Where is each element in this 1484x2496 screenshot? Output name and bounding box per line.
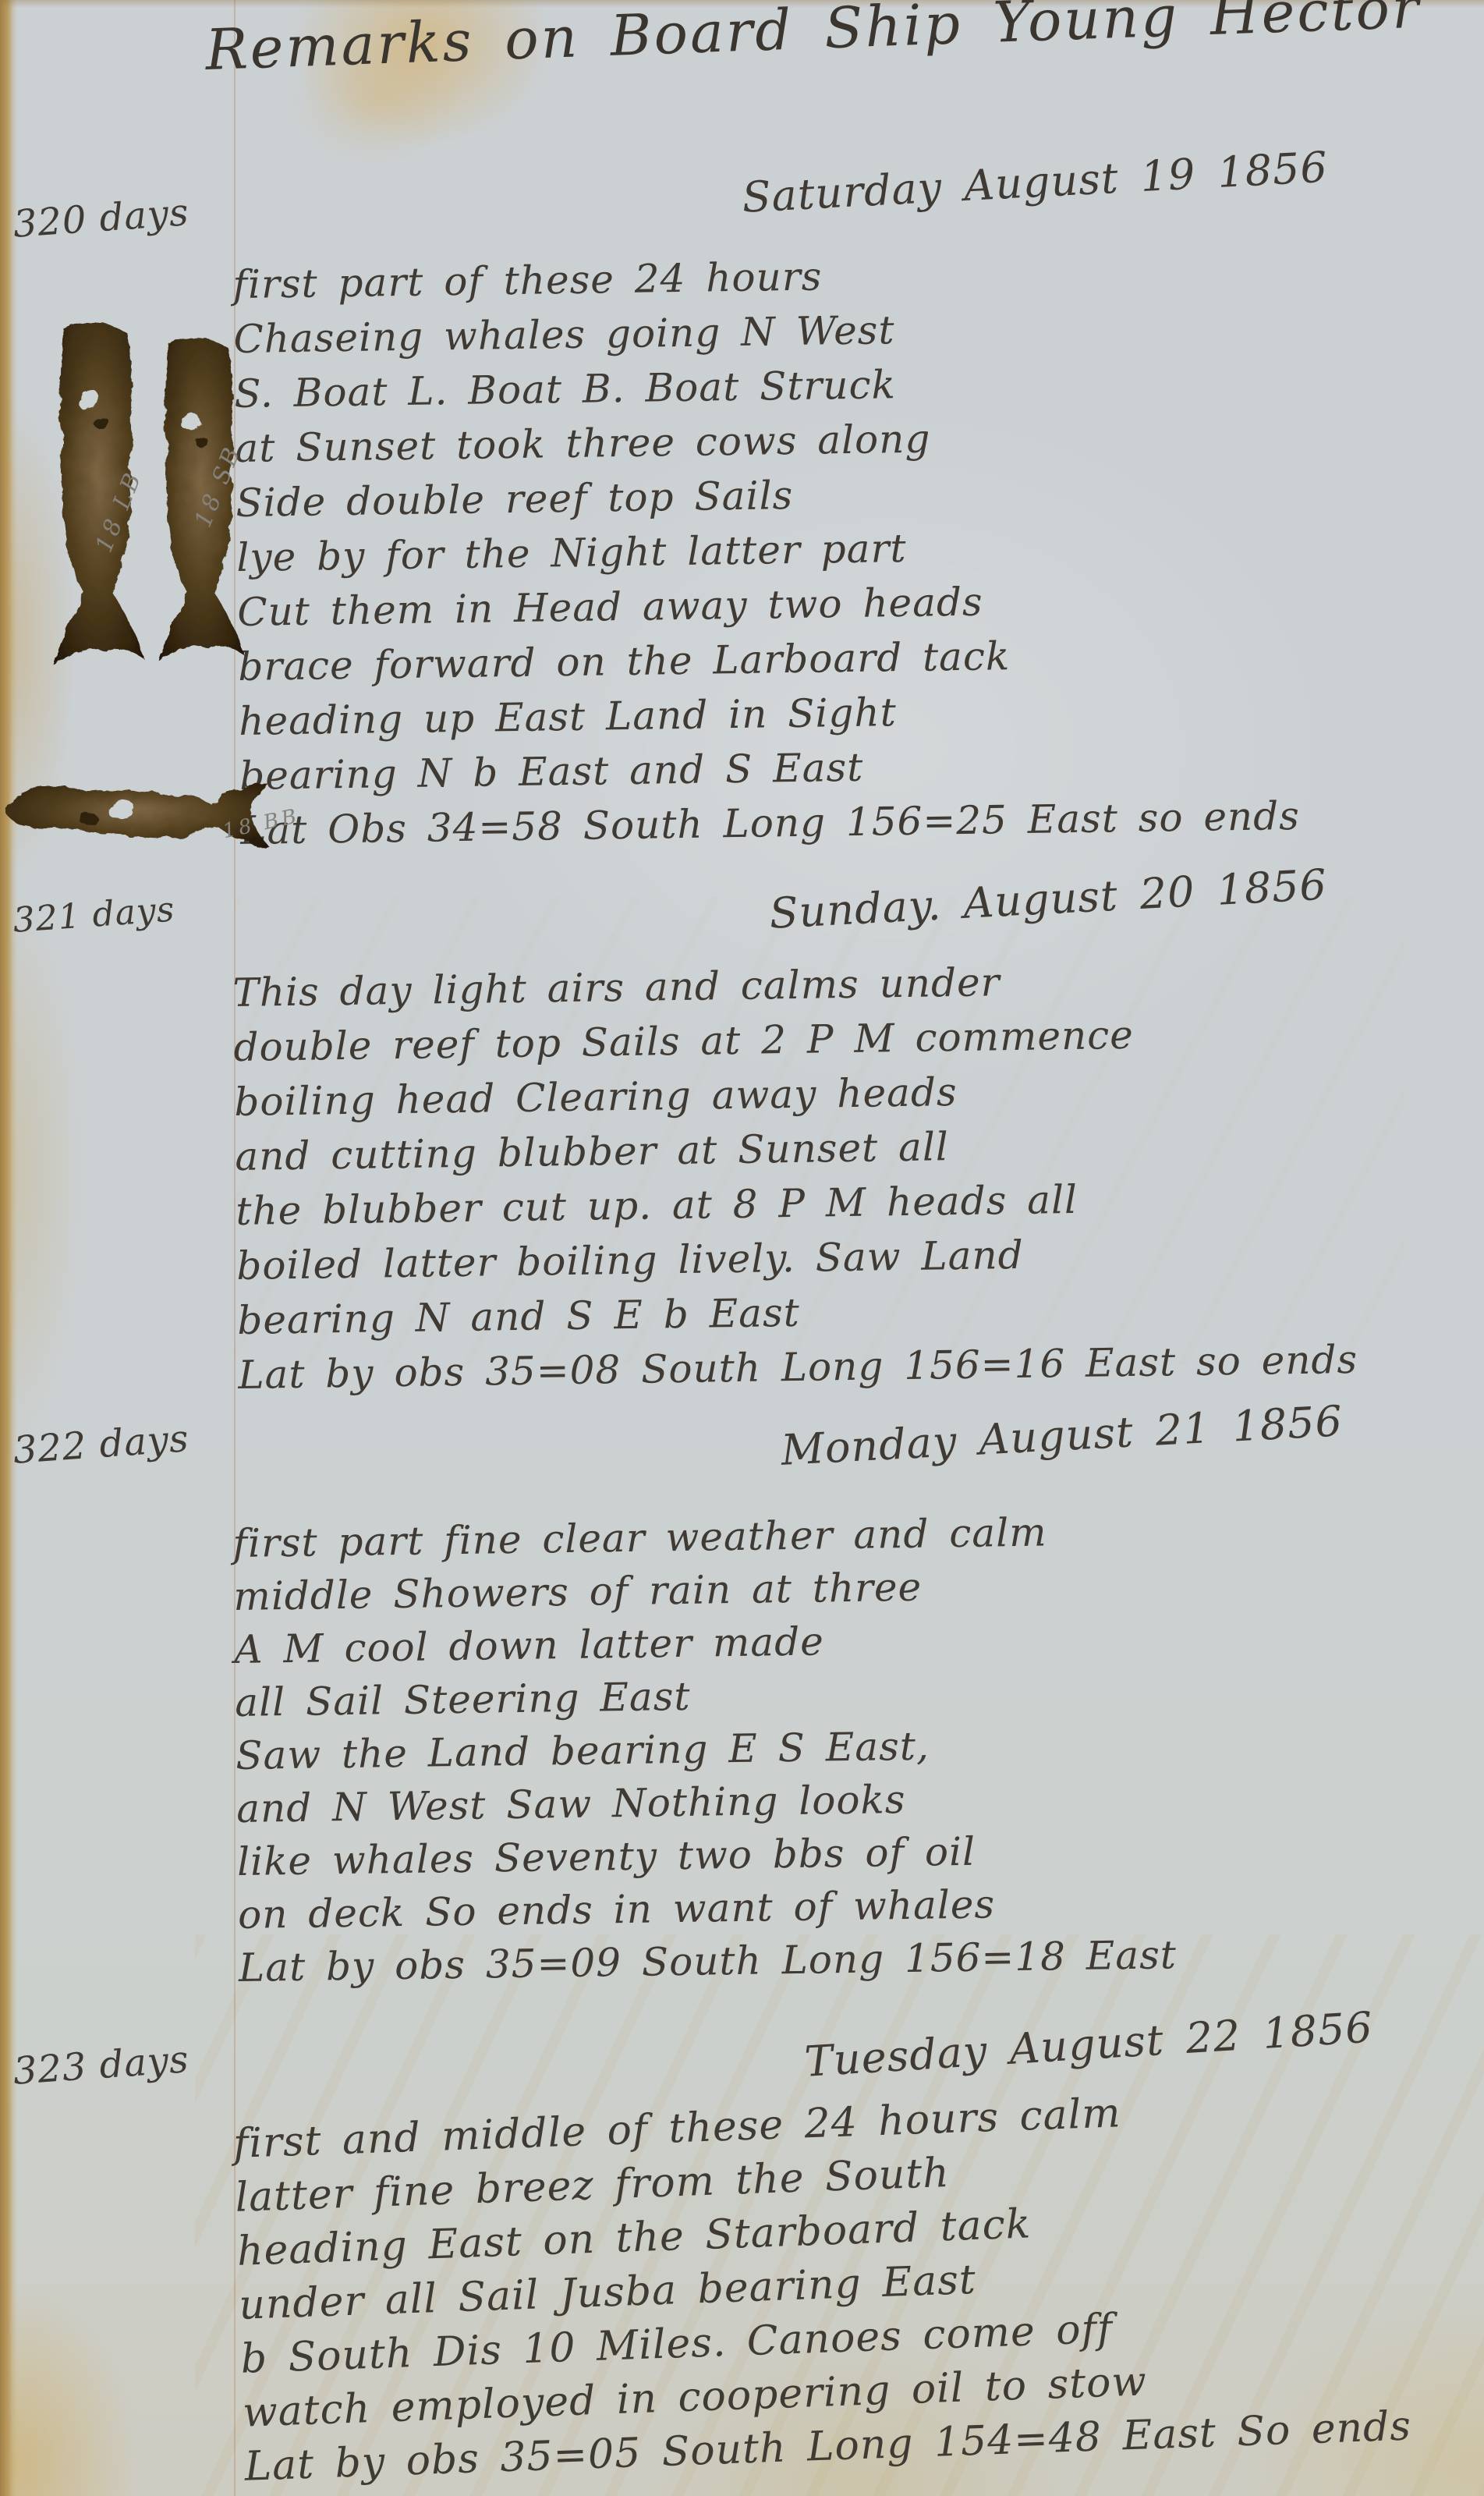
margin-day-count: 321 days bbox=[12, 890, 176, 941]
entry-body: first part fine clear weather and calmmi… bbox=[232, 1504, 1177, 1994]
page-title: Remarks on Board Ship Young Hector bbox=[204, 0, 1422, 83]
logbook-page: Remarks on Board Ship Young Hector 320 d… bbox=[0, 0, 1484, 2496]
entry-date: Monday August 21 1856 bbox=[780, 1396, 1344, 1475]
entry-body: first and middle of these 24 hours calml… bbox=[232, 2077, 1412, 2494]
entry-body: first part of these 24 hoursChaseing wha… bbox=[232, 243, 1300, 858]
margin-day-count: 322 days bbox=[12, 1416, 190, 1473]
entry-body: This day light airs and calms underdoubl… bbox=[232, 950, 1358, 1402]
margin-day-count: 323 days bbox=[12, 2037, 190, 2094]
entry-date: Sunday. August 20 1856 bbox=[768, 860, 1328, 938]
margin-day-count: 320 days bbox=[12, 190, 190, 246]
entry-date: Tuesday August 22 1856 bbox=[803, 2002, 1374, 2086]
page-left-edge bbox=[0, 0, 17, 2496]
entry-date: Saturday August 19 1856 bbox=[741, 143, 1329, 222]
